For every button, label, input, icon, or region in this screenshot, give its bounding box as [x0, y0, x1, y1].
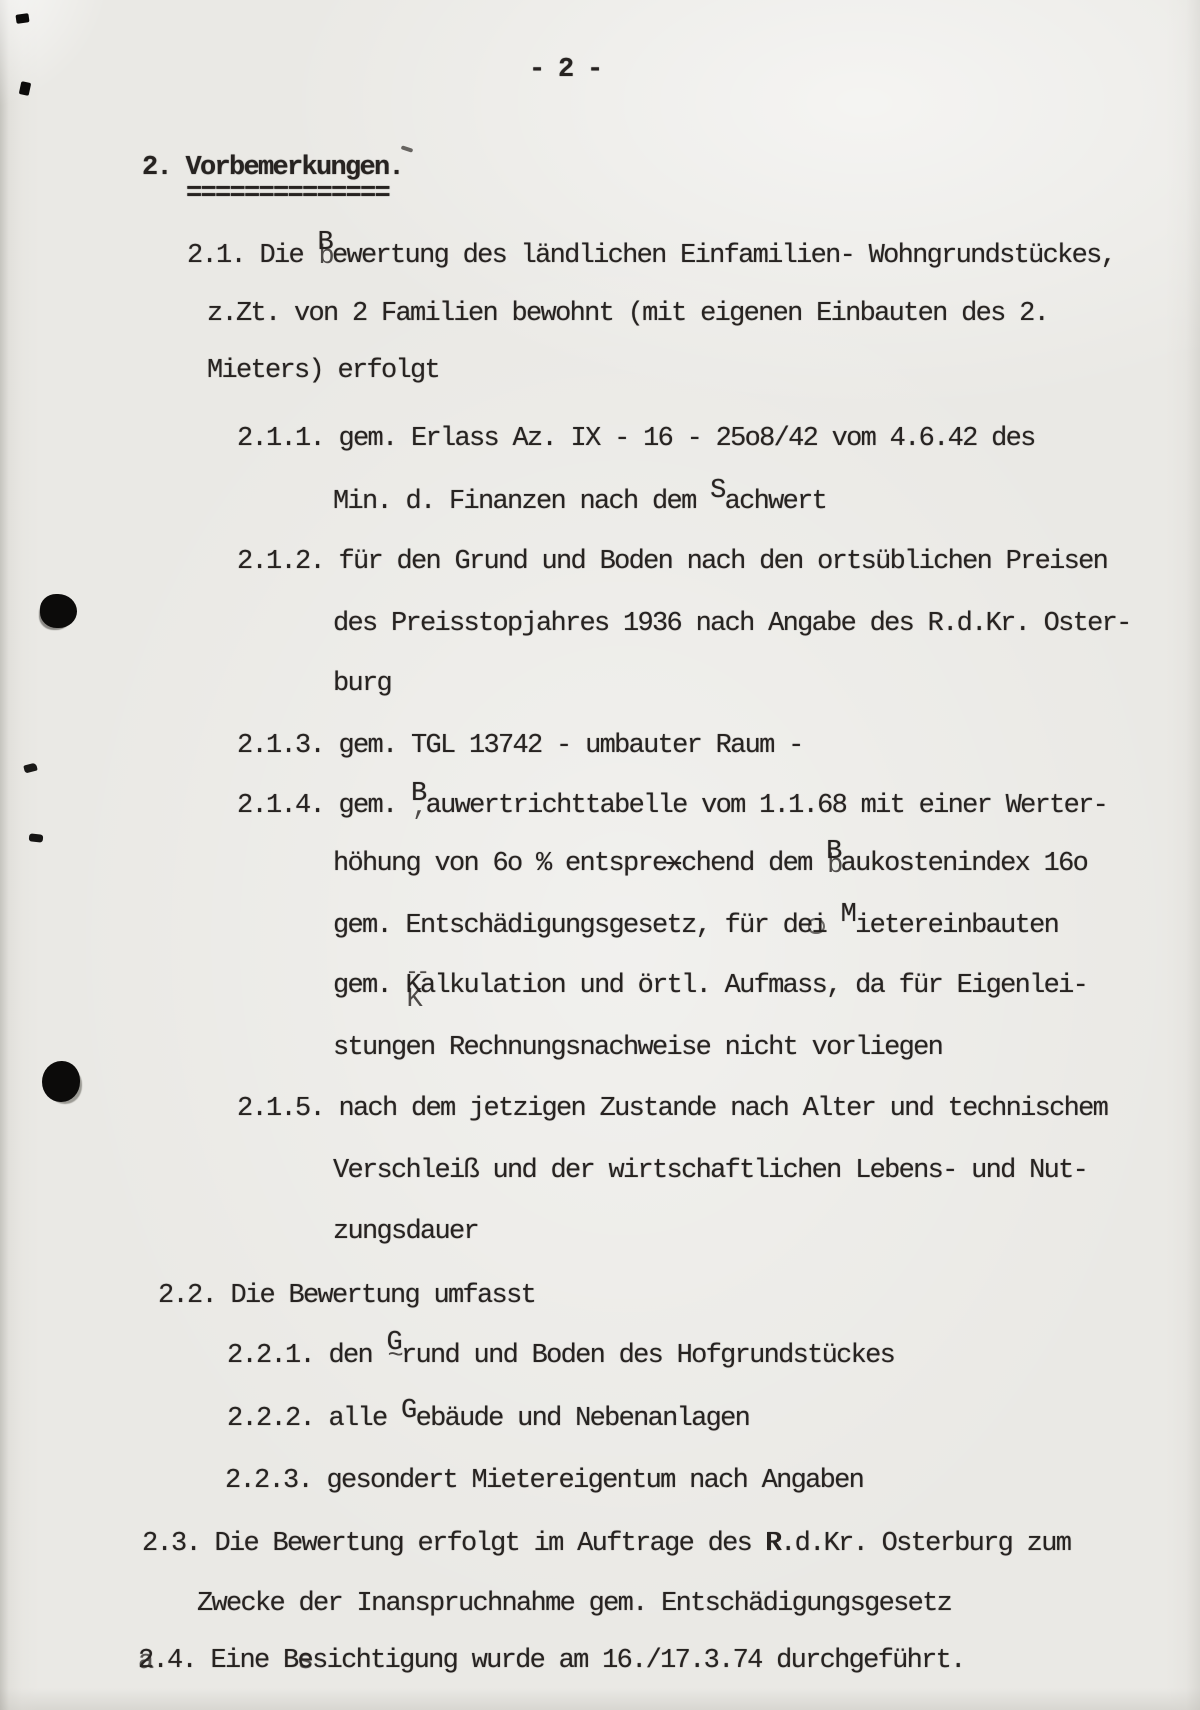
overstrike-mark: --: [406, 960, 429, 987]
typed-correction: G: [401, 1398, 416, 1425]
typed-correction: Bb: [826, 839, 841, 866]
doc-line-2: Mieters) erfolgt: [207, 358, 439, 385]
typed-correction: G~: [387, 1330, 402, 1357]
doc-line-20: 2.2.3. gesondert Mietereigentum nach Ang…: [225, 1468, 863, 1495]
typed-correction: R: [766, 1531, 781, 1558]
doc-line-13: stungen Rechnungsnachweise nicht vorlieg…: [333, 1035, 942, 1062]
typed-correction: 2a: [138, 1648, 153, 1675]
ink-speck: [23, 763, 38, 774]
doc-line-4: Min. d. Finanzen nach dem Sachwert: [333, 489, 826, 516]
doc-line-18: 2.2.1. den G~rund und Boden des Hofgrund…: [227, 1343, 894, 1370]
overstrike-mark: ,: [412, 795, 427, 822]
overstrike-mark: ~: [388, 1344, 403, 1371]
doc-line-5: 2.1.2. für den Grund und Boden nach den …: [237, 549, 1107, 576]
doc-line-14: 2.1.5. nach dem jetzigen Zustande nach A…: [237, 1096, 1107, 1123]
overstrike-mark: s: [298, 1649, 313, 1676]
typed-correction: S: [710, 478, 725, 505]
section-heading: 2. Vorbemerkungen.: [142, 155, 403, 182]
overstrike-mark: a: [138, 1649, 153, 1676]
doc-line-16: zungsdauer: [333, 1219, 478, 1246]
doc-line-8: 2.1.3. gem. TGL 13742 - umbauter Raum -: [237, 733, 803, 760]
ink-speck: [15, 13, 29, 24]
doc-line-10: höhung von 6o % entsprexchend dem Bbauko…: [333, 851, 1087, 878]
ink-speck: [401, 145, 414, 153]
doc-line-22: Zwecke der Inanspruchnahme gem. Entschäd…: [197, 1591, 951, 1618]
typed-correction: i: [812, 913, 827, 940]
typed-correction: x: [667, 851, 682, 878]
overstrike-mark: K: [407, 987, 422, 1014]
typed-correction: KK--: [406, 973, 421, 1000]
doc-line-7: burg: [333, 671, 391, 698]
doc-line-9: 2.1.4. gem. B,auwertrichttabelle vom 1.1…: [237, 793, 1107, 820]
scanned-page: { "document": { "page_label": "- 2 -", "…: [0, 0, 1200, 1710]
doc-line-11: gem. Entschädigungsgesetz, für dei Miete…: [333, 913, 1058, 940]
page-number: - 2 -: [529, 57, 602, 84]
ink-speck: [19, 81, 31, 96]
overstrike-mark: b: [827, 853, 842, 880]
doc-line-17: 2.2. Die Bewertung umfasst: [158, 1283, 535, 1310]
doc-line-6: des Preisstopjahres 1936 nach Angabe des…: [333, 611, 1131, 638]
doc-line-23: 2a.4. Eine Bessichtigung wurde am 16./17…: [138, 1648, 965, 1675]
overstrike-mark: b: [319, 244, 334, 271]
ink-blob: [42, 1061, 80, 1102]
doc-line-3: 2.1.1. gem. Erlass Az. IX - 16 - 25o8/42…: [237, 426, 1035, 453]
heading-underline: ==============: [186, 181, 389, 208]
doc-line-1: z.Zt. von 2 Familien bewohnt (mit eigene…: [207, 301, 1048, 328]
ink-blob: [40, 594, 77, 628]
doc-line-15: Verschleiß und der wirtschaftlichen Lebe…: [333, 1158, 1087, 1185]
ink-speck: [29, 833, 44, 842]
typed-correction: Bb: [318, 230, 333, 257]
doc-line-21: 2.3. Die Bewertung erfolgt im Auftrage d…: [142, 1531, 1070, 1558]
doc-line-12: gem. KK--alkulation und örtl. Aufmass, d…: [333, 973, 1087, 1000]
doc-line-19: 2.2.2. alle Gebäude und Nebenanlagen: [227, 1406, 749, 1433]
typed-correction: es: [298, 1648, 313, 1675]
typed-correction: B,: [411, 781, 426, 808]
typed-correction: M: [841, 902, 856, 929]
doc-line-0: 2.1. Die Bbewertung des ländlichen Einfa…: [187, 243, 1115, 270]
